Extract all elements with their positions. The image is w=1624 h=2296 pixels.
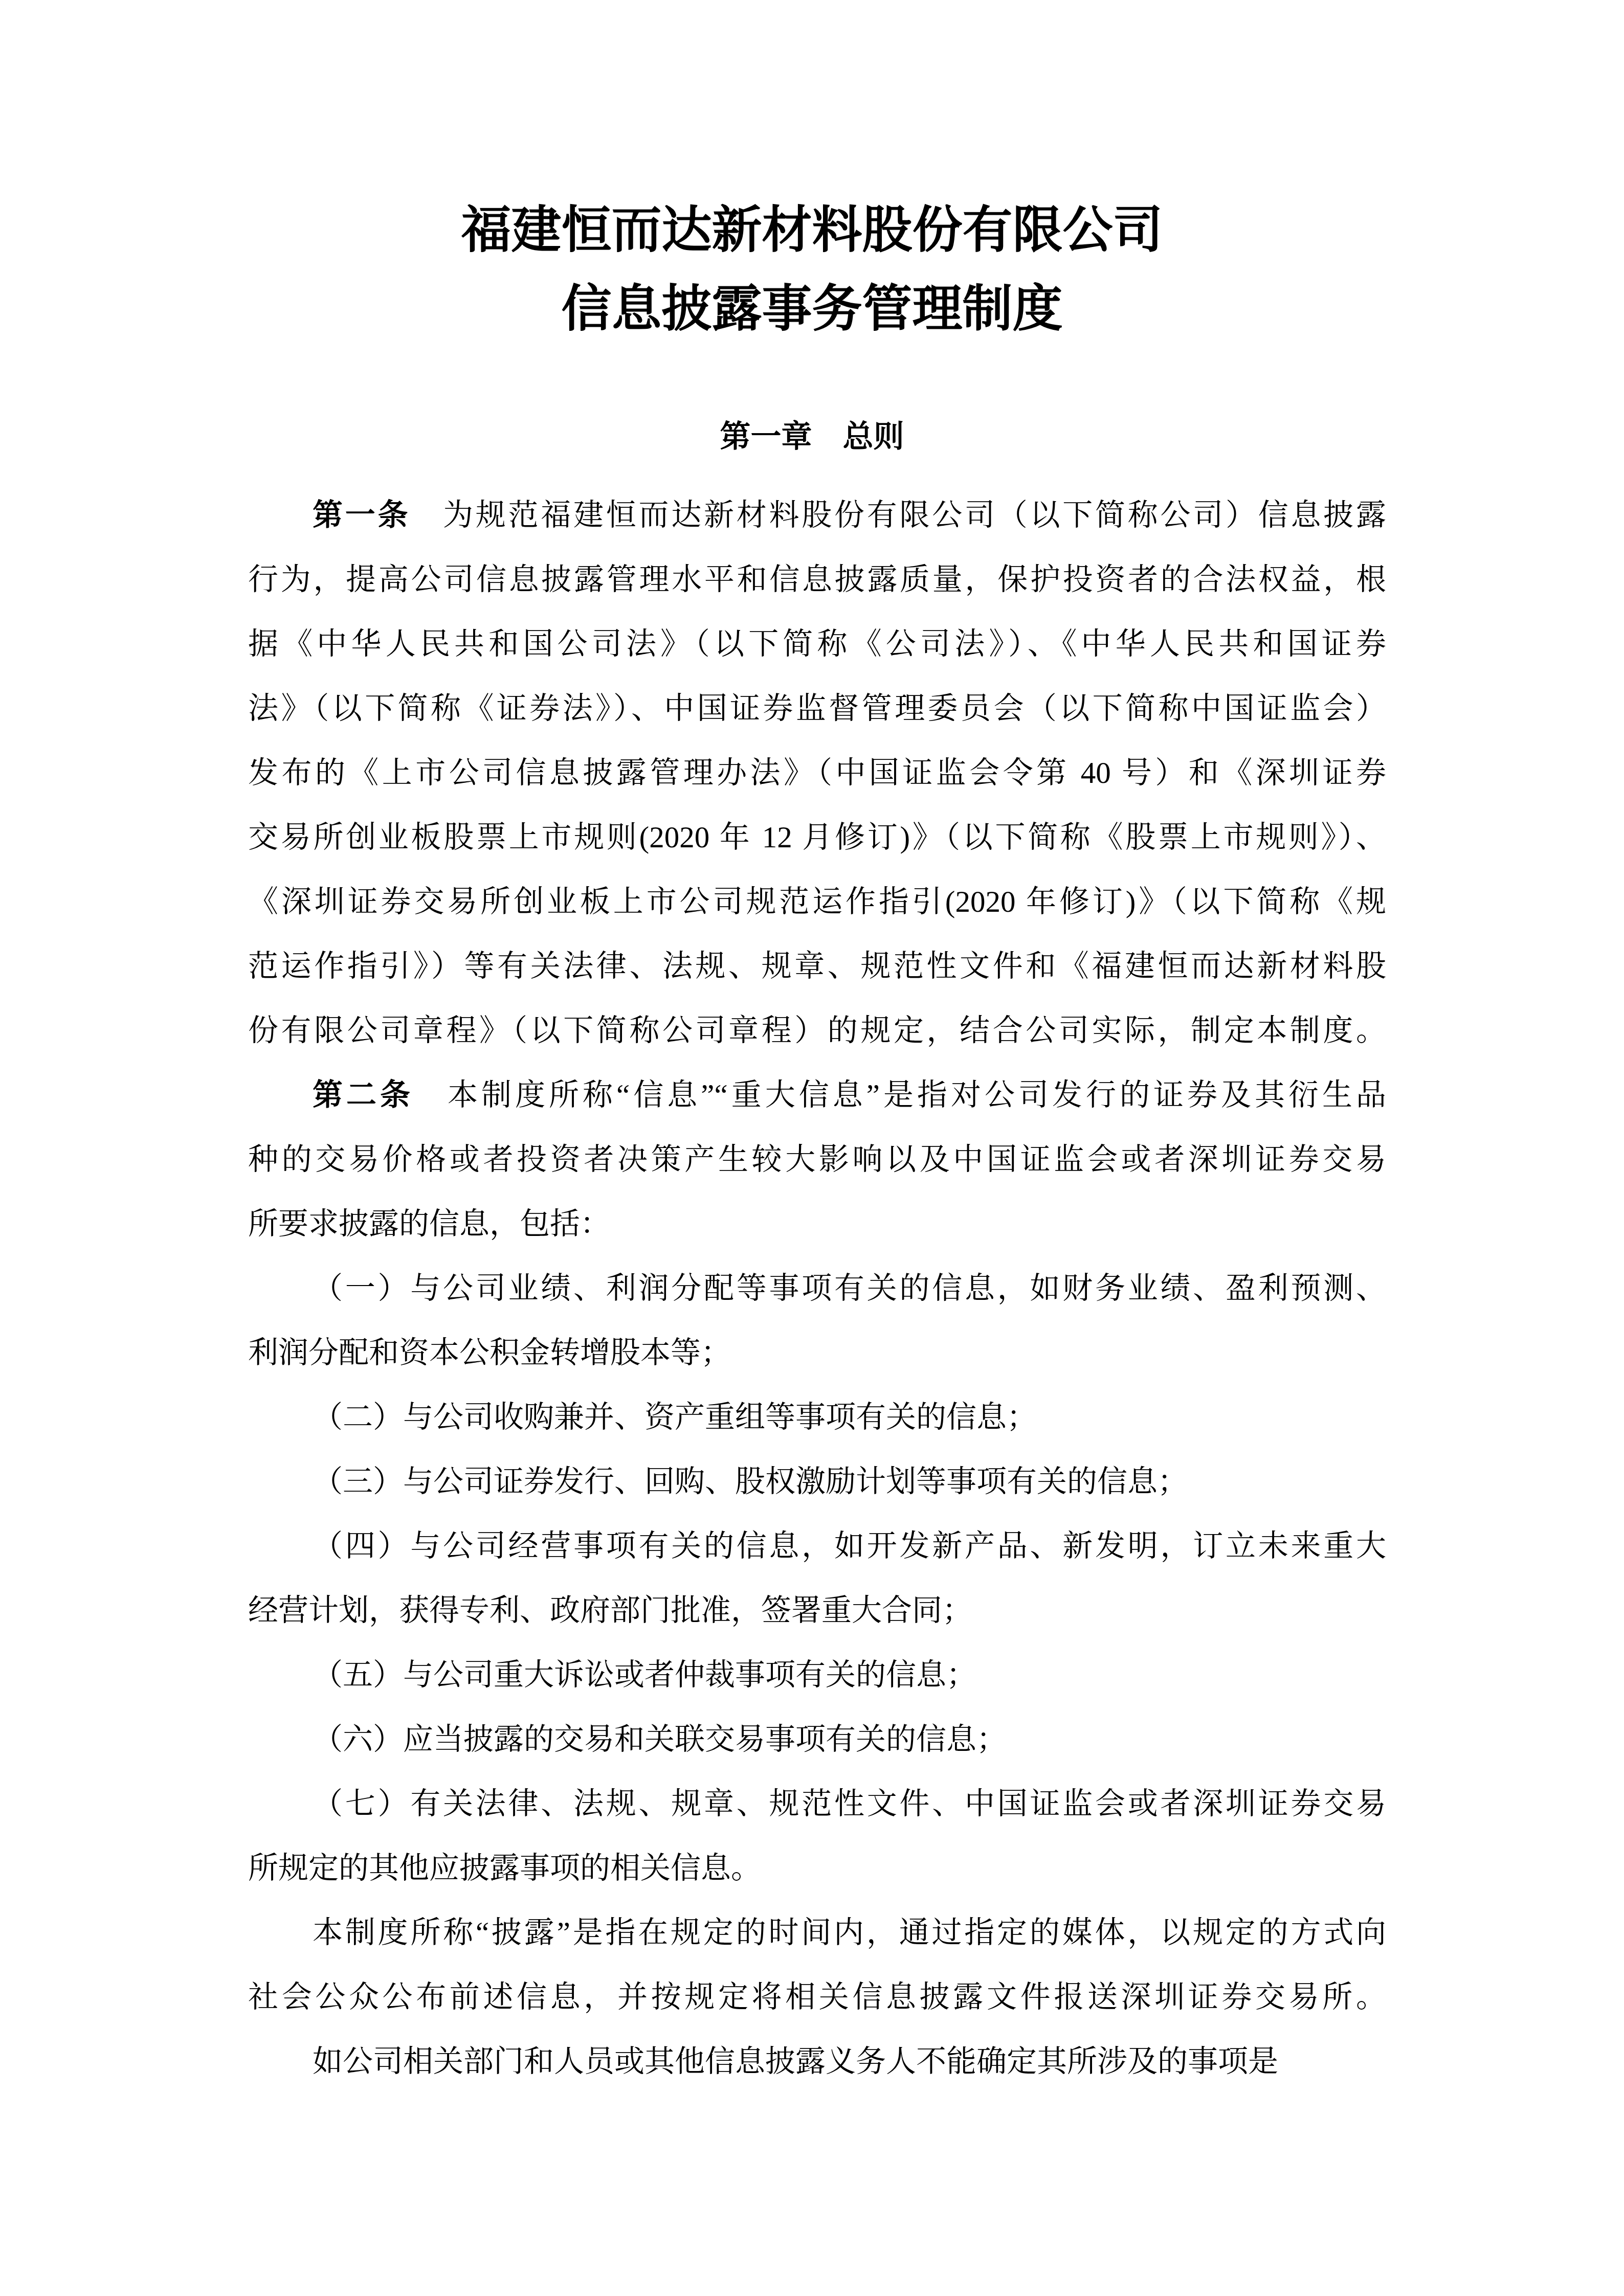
- body-line: 所要求披露的信息，包括：: [248, 1191, 1386, 1256]
- body-line: 社会公众公布前述信息，并按规定将相关信息披露文件报送深圳证券交易所。: [248, 1965, 1386, 2029]
- body-line: 份有限公司章程》（以下简称公司章程）的规定，结合公司实际，制定本制度。: [248, 998, 1386, 1063]
- body-line: 第一条 为规范福建恒而达新材料股份有限公司（以下简称公司）信息披露: [248, 483, 1386, 547]
- body-line: （六）应当披露的交易和关联交易事项有关的信息；: [248, 1707, 1386, 1771]
- body-line: 本制度所称“披露”是指在规定的时间内，通过指定的媒体，以规定的方式向: [248, 1900, 1386, 1965]
- document-page: 福建恒而达新材料股份有限公司 信息披露事务管理制度 第一章 总则 第一条 为规范…: [0, 0, 1624, 2296]
- document-title: 福建恒而达新材料股份有限公司: [0, 191, 1624, 270]
- body-line: （二）与公司收购兼并、资产重组等事项有关的信息；: [248, 1385, 1386, 1449]
- body-line: 发布的《上市公司信息披露管理办法》（中国证监会令第 40 号）和《深圳证券: [248, 740, 1386, 805]
- body-line: 第二条 本制度所称“信息”“重大信息”是指对公司发行的证券及其衍生品: [248, 1063, 1386, 1127]
- body-line: 据《中华人民共和国公司法》（以下简称《公司法》）、《中华人民共和国证券: [248, 612, 1386, 676]
- article-number-lead: 第一条: [313, 498, 410, 532]
- body-line: （一）与公司业绩、利润分配等事项有关的信息，如财务业绩、盈利预测、: [248, 1256, 1386, 1320]
- body-line: 行为，提高公司信息披露管理水平和信息披露质量，保护投资者的合法权益，根: [248, 547, 1386, 612]
- body-line: 种的交易价格或者投资者决策产生较大影响以及中国证监会或者深圳证券交易: [248, 1127, 1386, 1191]
- chapter-heading: 第一章 总则: [0, 411, 1624, 462]
- body-line: 所规定的其他应披露事项的相关信息。: [248, 1836, 1386, 1900]
- body-line: （四）与公司经营事项有关的信息，如开发新产品、新发明，订立未来重大: [248, 1514, 1386, 1578]
- body-line: （七）有关法律、法规、规章、规范性文件、中国证监会或者深圳证券交易: [248, 1771, 1386, 1836]
- body-line: 经营计划，获得专利、政府部门批准，签署重大合同；: [248, 1578, 1386, 1642]
- body-line: （五）与公司重大诉讼或者仲裁事项有关的信息；: [248, 1642, 1386, 1707]
- body-line: （三）与公司证券发行、回购、股权激励计划等事项有关的信息；: [248, 1449, 1386, 1514]
- body-line: 《深圳证券交易所创业板上市公司规范运作指引(2020 年修订)》（以下简称《规: [248, 869, 1386, 934]
- article-number-lead: 第二条: [313, 1078, 414, 1112]
- body-line: 利润分配和资本公积金转增股本等；: [248, 1320, 1386, 1385]
- body-line: 如公司相关部门和人员或其他信息披露义务人不能确定其所涉及的事项是: [248, 2029, 1386, 2094]
- body-line: 交易所创业板股票上市规则(2020 年 12 月修订)》（以下简称《股票上市规则…: [248, 805, 1386, 869]
- body-line: 法》（以下简称《证券法》）、中国证券监督管理委员会（以下简称中国证监会）: [248, 676, 1386, 740]
- document-subtitle: 信息披露事务管理制度: [0, 270, 1624, 349]
- body-line: 范运作指引》）等有关法律、法规、规章、规范性文件和《福建恒而达新材料股: [248, 934, 1386, 998]
- body-text: 第一条 为规范福建恒而达新材料股份有限公司（以下简称公司）信息披露行为，提高公司…: [248, 483, 1386, 2094]
